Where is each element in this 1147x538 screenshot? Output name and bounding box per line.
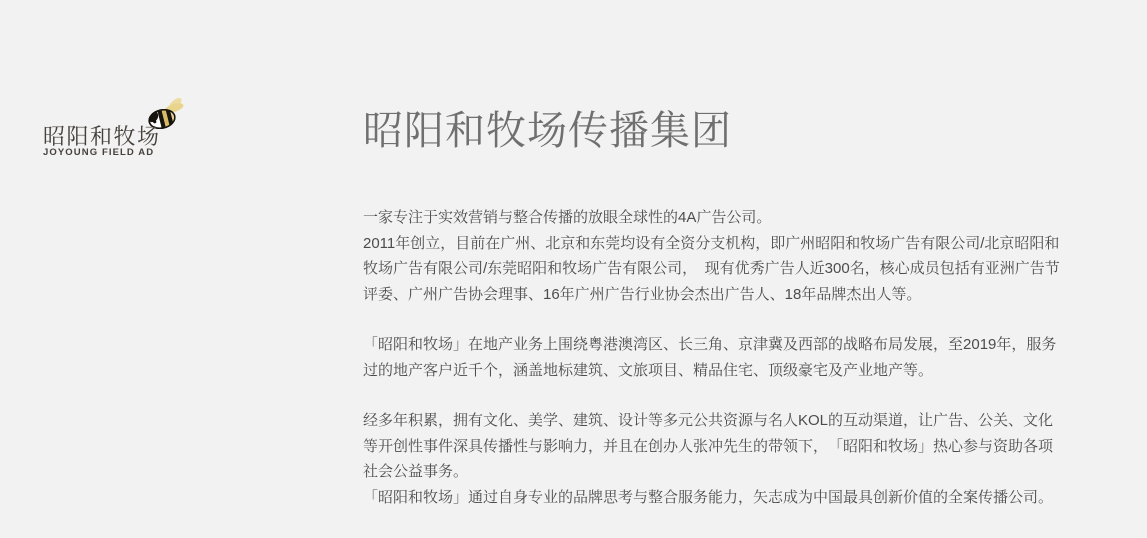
company-logo: 昭阳和牧场 JOYOUNG FIELD AD [43, 96, 203, 166]
about-page: 昭阳和牧场 JOYOUNG FIELD AD 昭阳和牧场传播集团 一家专注于实效… [0, 0, 1147, 538]
main-content: 昭阳和牧场传播集团 一家专注于实效营销与整合传播的放眼全球性的4A广告公司。 2… [363, 110, 1060, 510]
logo-company-name-cn: 昭阳和牧场 [43, 125, 161, 148]
about-paragraph-3: 经多年积累，拥有文化、美学、建筑、设计等多元公共资源与名人KOL的互动渠道，让广… [363, 408, 1060, 510]
page-title: 昭阳和牧场传播集团 [363, 110, 1060, 152]
about-paragraph-2: 「昭阳和牧场」在地产业务上围绕粤港澳湾区、长三角、京津冀及西部的战略布局发展，至… [363, 332, 1060, 383]
about-paragraph-1: 一家专注于实效营销与整合传播的放眼全球性的4A广告公司。 2011年创立，目前在… [363, 205, 1060, 307]
logo-company-name-en: JOYOUNG FIELD AD [43, 148, 154, 158]
about-section: 一家专注于实效营销与整合传播的放眼全球性的4A广告公司。 2011年创立，目前在… [363, 205, 1060, 510]
